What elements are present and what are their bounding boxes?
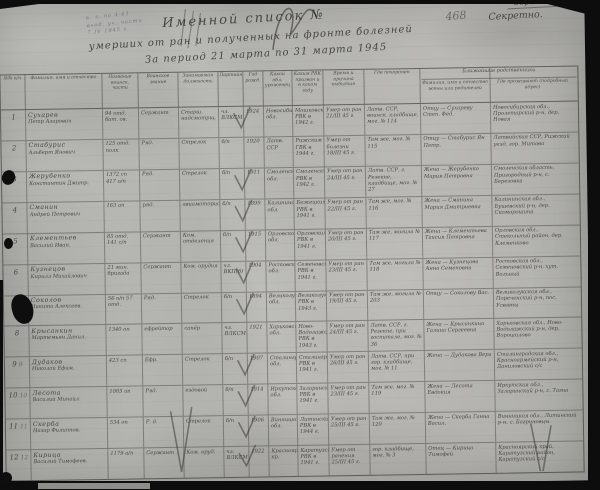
secrecy-label: Секретно. [488, 9, 543, 23]
cell-rvk: Великолукским РВК в 1943 г. [296, 291, 327, 321]
cell-kin: Жена — Скерба Ганна Васил. [426, 412, 496, 443]
cell-addr: Красноярский край, Каратузский район, Ка… [496, 442, 580, 473]
cell-duty: Стрелок [184, 416, 224, 447]
scanner-edge-left [0, 280, 3, 490]
cell-addr: Смоленская область, Пригородный р-н, с. … [492, 163, 576, 194]
cell-rvk: Рижским ГВК в 1944 г. [293, 136, 324, 166]
cell-born: 1924 [244, 106, 264, 136]
cell-name: ЖерубенкоКонстантин Дмитр. [27, 171, 104, 202]
table-header-cell-3: Воинское звание [138, 73, 179, 108]
cell-born: 1915 [246, 230, 266, 260]
given-name: Андрей Петрович [30, 211, 103, 218]
cell-burial: Там же, мог. № 119 [369, 382, 425, 413]
cell-duty: Стрелок [182, 293, 222, 324]
cell-origin: Ростовской обл. [266, 261, 295, 291]
cell-origin: Иркутской обл. [268, 384, 297, 414]
cell-name: ДудаковНиколай Ефим. [30, 356, 107, 387]
cell-origin: Калининской обл. [265, 199, 294, 229]
cell-rank: Сержант [139, 108, 179, 139]
cell-rank: ефрейтор [142, 324, 182, 355]
cell-addr: Винницкая обл., Литинский р-н, с. Багрин… [496, 411, 580, 442]
cell-party: б/п [223, 354, 248, 384]
cell-origin: Новосибирской обл. [264, 106, 293, 136]
cell-cause: Умер от ран 22/III 45 г. [325, 198, 366, 229]
cell-duty: Ком. орудия [181, 262, 221, 293]
cell-rank: Ряд. [143, 386, 183, 417]
cell-name: КузнецовКирилл Михайлович [28, 264, 105, 295]
cell-duty: сапёр [182, 324, 222, 355]
row-number: 8 [15, 330, 20, 338]
given-name: Николай Ефим. [32, 365, 105, 372]
cell-rvk: Бежецким РВК в 1941 г. [294, 198, 325, 228]
cell-unit: 56 о/п 57 отд. [106, 294, 142, 324]
cell-addr: Великолукская обл., Пореченский р-н, пос… [494, 287, 578, 318]
cell-duty: ездовой [183, 385, 223, 416]
cell-duty: Стрелок [183, 354, 223, 385]
cell-party: б/п [224, 416, 249, 446]
cell-addr: Харьковская обл., Ново-Водолажский р-н, … [494, 318, 578, 349]
cell-unit: 21 мин. бригада [105, 263, 141, 293]
cell-cause: Умер от ранения 25/III 45 г. [329, 445, 370, 476]
given-name: Мартемьян Данил. [31, 334, 104, 341]
cell-born: 1911 [245, 168, 265, 198]
binder-hole [0, 472, 12, 484]
row-number: 12 [10, 453, 19, 461]
cell-rvk: Орловским РВК в 1941 г. [295, 229, 326, 259]
cell-rvk: Каратузским РВК в 1941 г. [298, 446, 329, 476]
cell-kin: Жена — Крысанкина Галина Сергеевна [424, 319, 494, 350]
cell-kin: Отец — Кирица Тимофей [426, 443, 496, 474]
cell-party: б/п [219, 138, 244, 168]
table-body: 1СухаревПетр Азарович94 отд. бат. св.Сер… [1, 101, 584, 480]
cell-kin: Жена — Клементьева Таисия Петровна [423, 227, 493, 258]
cell-origin: Смоленской обл. [265, 168, 294, 198]
cell-rank: Сержант [141, 231, 181, 262]
row-number-pencil: 12 [20, 454, 28, 461]
cell-kin: Отцу — Соколову Вас. [424, 288, 494, 319]
cell-kin: Жена — Сманина Мария Дмитриевна [422, 196, 492, 227]
cell-burial: Там же, мог. № 115 [365, 135, 421, 166]
row-number-pencil: 10 [19, 392, 27, 399]
given-name: Назар Филиппов. [33, 427, 106, 434]
cell-rank: Ефр. [143, 355, 183, 386]
cell-party: чл. ВЛКСМ [219, 107, 244, 137]
cell-name: КрысанкинМартемьян Данил. [29, 325, 106, 356]
row-number: 2 [12, 144, 17, 152]
cell-addr: Сталинградская обл., Красноармейский р-н… [495, 349, 579, 380]
cell-row-number: 8 [4, 327, 29, 357]
row-number: 5 [13, 237, 18, 245]
cell-row-number: 99 [5, 357, 30, 387]
cell-party: б/п [221, 230, 246, 260]
table-header-cell-6: Год рожд. [243, 71, 264, 105]
cell-rvk: Мошковским РВК в 1942 г. [293, 105, 324, 135]
row-number: 4 [13, 206, 18, 214]
cell-cause: Умер от ран 20/III 45 г. [326, 228, 367, 259]
given-name: Никита Алексеев. [31, 303, 104, 310]
cell-addr: Орловская обл., Стекольный район, дер. К… [493, 225, 577, 256]
cell-row-number: 1111 [6, 419, 31, 449]
cell-addr: Иркутская обл., Заларинский р-н, с. Тагн… [495, 380, 579, 411]
scanner-edge-bottom-notch [38, 483, 150, 489]
cell-name: СкербаНазар Филиппов. [31, 418, 108, 449]
cell-origin: Сталинградской обл. [268, 353, 297, 383]
cell-cause: Умер от ран 23/III 45 г. [326, 259, 367, 290]
row-number-pencil: 9 [19, 362, 23, 369]
cell-burial: Там же, могила № 203 [368, 289, 424, 320]
cell-cause: Умер от ран 25/III 45 г. [329, 414, 370, 445]
casualty-table: Ближайшие родственники №№ п/пФамилия, им… [0, 65, 585, 481]
cell-cause: Умер от ран 24/III 45 г. [327, 321, 368, 352]
table-header-cell-0: №№ п/п [0, 75, 26, 109]
cell-born: 1904 [246, 261, 266, 291]
cell-addr: Калининская обл., Бушевский р-н, дер. Ск… [492, 194, 576, 225]
row-number: 10 [9, 392, 18, 400]
cell-row-number: 4 [2, 203, 27, 233]
cell-cause: Умер от ран 19/III 45 г. [327, 290, 368, 321]
cell-born: 1922 [249, 447, 269, 477]
cell-unit: 1179 а/п [108, 448, 144, 478]
cell-rank: Ряд. [139, 139, 179, 170]
cell-born: 1906 [249, 416, 269, 446]
cell-name: ЛесотаВасилий Минайл. [30, 387, 107, 418]
cell-row-number: 6 [3, 265, 28, 295]
cell-origin: Винницкой обл. [269, 415, 298, 445]
cell-row-number: 1 [1, 110, 26, 140]
cell-party: чл. ВЛКСМ [222, 323, 247, 353]
cell-cause: Умер от ран 26/III 45 г. [328, 352, 369, 383]
cell-rank: Сержант [144, 448, 184, 479]
cell-rank: Р. д. [144, 417, 184, 448]
cell-burial: Латв. ССР, при гор. кладбище, мог. № 11 [369, 351, 425, 382]
cell-unit: 163 ап [104, 201, 140, 231]
table-header-cell-5: Партийность [218, 72, 244, 106]
cell-party: чл. ВКП(б) [221, 261, 246, 291]
cell-party: чл. ВЛКСМ [224, 447, 249, 477]
cell-rvk: Семеновским РВК в 1941 г. [295, 260, 326, 290]
cell-name: СманинАндрей Петрович [27, 202, 104, 233]
cell-burial: Латв. ССР, г. Резекне, кладбище, мог. № … [366, 166, 422, 197]
cell-kin: Отцу — Сухареву Степ. Фед. [421, 103, 491, 134]
cell-unit: 1372 сп 417 о/п [104, 170, 140, 200]
table-header-cell-1: Фамилия, имя и отчество [25, 74, 103, 109]
cell-cause: Умер от ран 24/III 45 г. [325, 167, 366, 198]
cell-party: б/п [220, 199, 245, 229]
table-header-cell-8: Каким РВК призван и в каком году [292, 70, 324, 104]
given-name: Альберт Янович [29, 149, 102, 156]
cell-origin: Орловской обл. [266, 230, 295, 260]
cell-rvk: Заларинским РВК в 1941 г. [297, 384, 328, 414]
cell-born: 1907 [248, 354, 268, 384]
cell-born: 1921 [247, 323, 267, 353]
cell-kin: Жена — Кузнецова Анна Семеновна [423, 257, 493, 288]
cell-burial: гор. кладбище, мог. № 3 [370, 444, 426, 475]
cell-duty: Ком. отделения [181, 231, 221, 262]
cell-burial: Латв. ССР, воинск. кладбище, мог. № 114 [365, 104, 421, 135]
row-number: 1 [11, 113, 16, 121]
cell-row-number: 2 [1, 141, 26, 171]
cell-party: б/п [223, 385, 248, 415]
given-name: Константин Дмитр. [29, 180, 102, 187]
cell-duty: Стрелок [179, 138, 219, 169]
table-header-cell-9: Время и причина выбытия [323, 70, 365, 105]
cell-kin: Отцу — Стабурис Ян Петр. [421, 134, 491, 165]
cell-kin: Жена — Жерубенко Мария Петровна [422, 165, 492, 196]
cell-origin: Великолукской обл. [267, 291, 296, 321]
cell-addr: Латвийская ССР, Рижский уезд, гор. Митав… [491, 132, 575, 163]
cell-rvk: Смоленским РВК в 1942 г. [294, 167, 325, 197]
cell-rvk: Сталинградским РВК в 1941 г. [297, 353, 328, 383]
cell-burial: Там же, могила № 117 [367, 228, 423, 259]
cell-unit: 94 отд. бат. св. [103, 108, 139, 138]
scanner-edge-right [588, 0, 600, 490]
table-header-cell-7: Какой обл. уроженец [263, 71, 293, 105]
cell-party: б/п [222, 292, 247, 322]
cell-name: СухаревПетр Азарович [26, 109, 103, 140]
cell-duty: авиамоторист [180, 200, 220, 231]
row-number: 9 [12, 361, 17, 369]
table-header-cell-10: Где похоронен [364, 69, 421, 104]
table-header-cell-2: Название воинск. части [102, 73, 139, 108]
cell-born: 1920 [244, 137, 264, 167]
cell-unit: 534 оп [108, 418, 144, 448]
row-number: 6 [14, 268, 19, 276]
cell-rank: ряд. [140, 200, 180, 231]
cell-burial: Там же, могила № 118 [367, 259, 423, 290]
cell-name: КирицаВасилий Тимофеев. [31, 449, 108, 480]
cell-burial: Там же, мог. № 120 [370, 413, 426, 444]
cell-unit: 1340 ап [106, 325, 142, 355]
binder-hole [4, 238, 13, 249]
cell-kin: Жена — Лесота Евдокия [425, 381, 495, 412]
cell-unit: 85 отд. 141 с/п [105, 232, 141, 262]
scanned-document-page: { "colors":{"paper":"#b7b6b2","ink":"#45… [0, 0, 600, 490]
cell-rank: Ряд. [140, 170, 180, 201]
cell-duty: Стрелок [180, 169, 220, 200]
cell-unit: 125 отд. полк [103, 139, 139, 169]
cell-origin: Латв. ССР [264, 137, 293, 167]
cell-cause: Умер от болезни 18/III 45 г. [324, 136, 365, 167]
cell-unit: 423 сп [107, 356, 143, 386]
cell-cause: Умер от ран 23/III 45 г. [328, 383, 369, 414]
scanner-edge-top [0, 0, 600, 4]
given-name: Петр Азарович [28, 118, 101, 125]
cell-rvk: Литинским РВК в 1944 г. [298, 415, 329, 445]
cell-addr: Новосибирская обл., Пролетарский р-н, де… [491, 102, 575, 133]
cell-kin: Жена — Дудакова Вера [425, 350, 495, 381]
given-name: Василий Иван. [30, 242, 103, 249]
cell-burial: Латв. ССР, г. Резекне, при госпитале, мо… [368, 320, 424, 351]
cell-born: 1899 [245, 199, 265, 229]
cell-rank: Ряд. [142, 293, 182, 324]
cell-party: б/п [220, 169, 245, 199]
cell-rank: Сержант [141, 262, 181, 293]
cell-name: СоколовНикита Алексеев. [29, 294, 106, 325]
cell-addr: Ростовская обл., Семеновский р-н, хут. В… [493, 256, 577, 287]
table-header-cell-4: Занимаемая должность [178, 72, 219, 107]
cell-born: 1914 [248, 385, 268, 415]
cell-born: 1894 [247, 292, 267, 322]
cell-rvk: Ново-Водолажским РВК в 1943 г. [296, 322, 327, 352]
row-number: 11 [9, 423, 18, 431]
given-name: Кирилл Михайлович [30, 272, 103, 279]
cell-duty: Старш. надсмотрщ. [179, 107, 219, 138]
row-number-pencil: 11 [20, 423, 28, 430]
given-name: Василий Тимофеев. [33, 458, 106, 465]
cell-unit: 1005 ап [107, 387, 143, 417]
cell-name: КлементьевВасилий Иван. [28, 233, 105, 264]
cell-origin: Красноярского кр. [269, 446, 298, 476]
cell-burial: Там же, мог. № 116 [366, 197, 422, 228]
cell-name: СтабурисАльберт Янович [26, 140, 103, 171]
cell-origin: Харьковской обл. [267, 322, 296, 352]
given-name: Василий Минайл. [32, 396, 105, 403]
cell-duty: Ком. оруд. [184, 447, 224, 478]
cell-row-number: 1010 [5, 388, 30, 418]
cell-cause: Умер от ран 21/III 45 г. [324, 105, 365, 136]
scan-paper: в. з. по 4-61 вход. уч. части 7 IV 1945 … [0, 0, 592, 490]
